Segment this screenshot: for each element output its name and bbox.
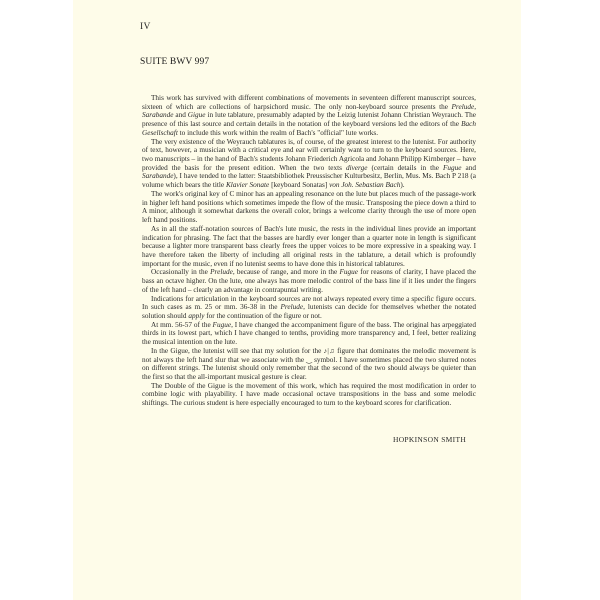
text-run: This work has survived with different co… — [142, 94, 476, 111]
italic-text: Gigue — [188, 111, 206, 119]
text-run: ). — [400, 181, 404, 189]
italic-text: apply — [188, 312, 204, 320]
italic-text: Fugue — [213, 321, 232, 329]
italic-text: Sarabande — [142, 111, 173, 119]
italic-text: Prelude — [280, 303, 303, 311]
text-run: to include this work within the realm of… — [178, 129, 378, 137]
text-run: for the continuation of the figure or no… — [204, 312, 321, 320]
text-run: Occasionally in the — [151, 268, 210, 276]
paragraph: At mm. 56-57 of the Fugue, I have change… — [142, 321, 476, 347]
text-run: (certain details in the — [367, 164, 443, 172]
italic-text: Fugue — [339, 268, 358, 276]
section-title: SUITE BWV 997 — [140, 57, 209, 67]
text-run: and — [173, 111, 187, 119]
text-run: As in all the staff-notation sources of … — [142, 225, 476, 268]
italic-text: Fugue — [443, 164, 462, 172]
italic-text: Prelude — [452, 103, 475, 111]
document-page: IV SUITE BWV 997 This work has survived … — [73, 0, 521, 600]
text-run: The work's original key of C minor has a… — [142, 190, 476, 224]
italic-text: Prelude — [210, 268, 233, 276]
italic-text: Klavier Sonate — [226, 181, 269, 189]
text-run: The Double of the Gigue is the movement … — [142, 382, 476, 407]
paragraph: The very existence of the Weyrauch tabla… — [142, 138, 476, 190]
paragraph: This work has survived with different co… — [142, 94, 476, 138]
text-run: At mm. 56-57 of the — [151, 321, 213, 329]
text-run: , because of range, and more in the — [233, 268, 340, 276]
body-text: This work has survived with different co… — [142, 94, 476, 408]
paragraph: The Double of the Gigue is the movement … — [142, 382, 476, 408]
page-number: IV — [140, 22, 151, 32]
text-run: [keyboard Sonatas] — [269, 181, 329, 189]
text-run: , — [474, 103, 476, 111]
paragraph: As in all the staff-notation sources of … — [142, 225, 476, 269]
text-run: and — [462, 164, 476, 172]
italic-text: von Joh. Sebastian Bach — [329, 181, 400, 189]
paragraph: The work's original key of C minor has a… — [142, 190, 476, 225]
paragraph: In the Gigue, the lutenist will see that… — [142, 347, 476, 382]
paragraph: Occasionally in the Prelude, because of … — [142, 268, 476, 294]
italic-text: diverge — [346, 164, 367, 172]
paragraph: Indications for articulation in the keyb… — [142, 295, 476, 321]
text-run: In the Gigue, the lutenist will see that… — [151, 347, 324, 355]
note-figure-icon: ♪|♫ — [324, 347, 335, 355]
author-signature: HOPKINSON SMITH — [393, 435, 466, 444]
italic-text: Sarabande — [142, 172, 173, 180]
